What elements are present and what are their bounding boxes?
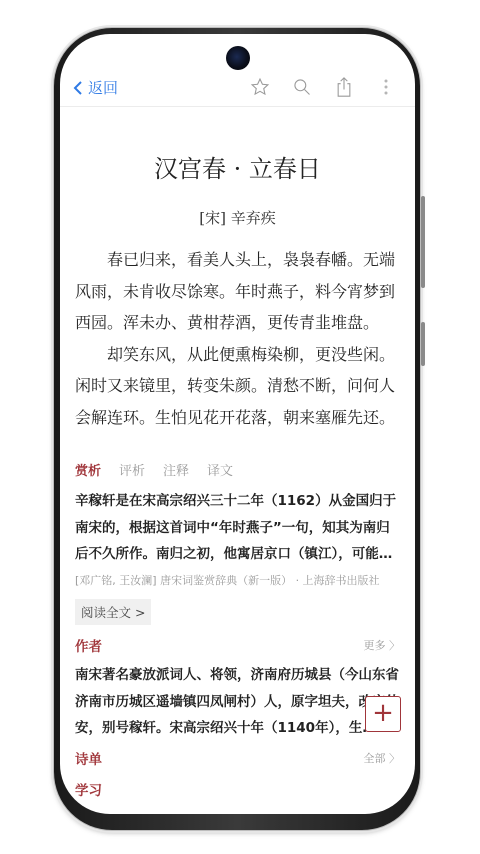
analysis-source: [邓广铭, 王汝澜] 唐宋词鉴赏辞典（新一版） · 上海辞书出版社 — [75, 572, 405, 588]
tab-commentary[interactable]: 评析 — [119, 460, 145, 479]
search-icon[interactable] — [291, 76, 313, 98]
back-button[interactable]: 返回 — [72, 77, 118, 98]
back-label: 返回 — [88, 77, 118, 98]
nav-bar: 返回 — [60, 72, 415, 107]
more-vertical-icon[interactable] — [375, 76, 397, 98]
poem-stanza: 春已归来，看美人头上，袅袅春幡。无端风雨，未肯收尽馀寒。年时燕子，料今宵梦到西园… — [75, 244, 400, 339]
volume-button — [421, 196, 425, 288]
read-full-button[interactable]: 阅读全文 > — [75, 599, 151, 625]
poem-title: 汉宫春 · 立春日 — [60, 149, 415, 184]
tab-appreciation[interactable]: 赏析 — [75, 460, 101, 479]
study-heading: 学习 — [75, 779, 102, 799]
tab-notes[interactable]: 注释 — [163, 460, 189, 479]
analysis-tabs: 赏析 评析 注释 译文 — [75, 460, 233, 479]
author-bio: 南宋著名豪放派词人、将领，济南府历城县（今山东省济南市历城区遥墙镇四凤闸村）人，… — [75, 662, 400, 742]
add-button[interactable]: + — [365, 696, 401, 732]
poem-body: 春已归来，看美人头上，袅袅春幡。无端风雨，未肯收尽馀寒。年时燕子，料今宵梦到西园… — [75, 244, 400, 433]
author-more-link[interactable]: 更多 〉 — [364, 637, 401, 653]
power-button — [421, 322, 425, 366]
screen: 返回 汉宫春 · 立春日 [宋] 辛弃疾 春已归来，看美人头上，袅袅春幡。无端风… — [60, 34, 415, 814]
poem-list-heading: 诗单 — [75, 748, 102, 768]
share-icon[interactable] — [333, 76, 355, 98]
poem-list-all-link[interactable]: 全部 〉 — [364, 750, 401, 766]
front-camera — [226, 46, 250, 70]
tab-translation[interactable]: 译文 — [207, 460, 233, 479]
analysis-text: 辛稼轩是在宋高宗绍兴三十二年（1162）从金国归于南宋的，根据这首词中“年时燕子… — [75, 488, 400, 568]
poem-author: [宋] 辛弃疾 — [60, 207, 415, 228]
author-heading: 作者 — [75, 635, 102, 655]
star-icon[interactable] — [249, 76, 271, 98]
poem-stanza: 却笑东风，从此便熏梅染柳，更没些闲。闲时又来镜里，转变朱颜。清愁不断，问何人会解… — [75, 339, 400, 434]
chevron-left-icon — [72, 80, 84, 96]
